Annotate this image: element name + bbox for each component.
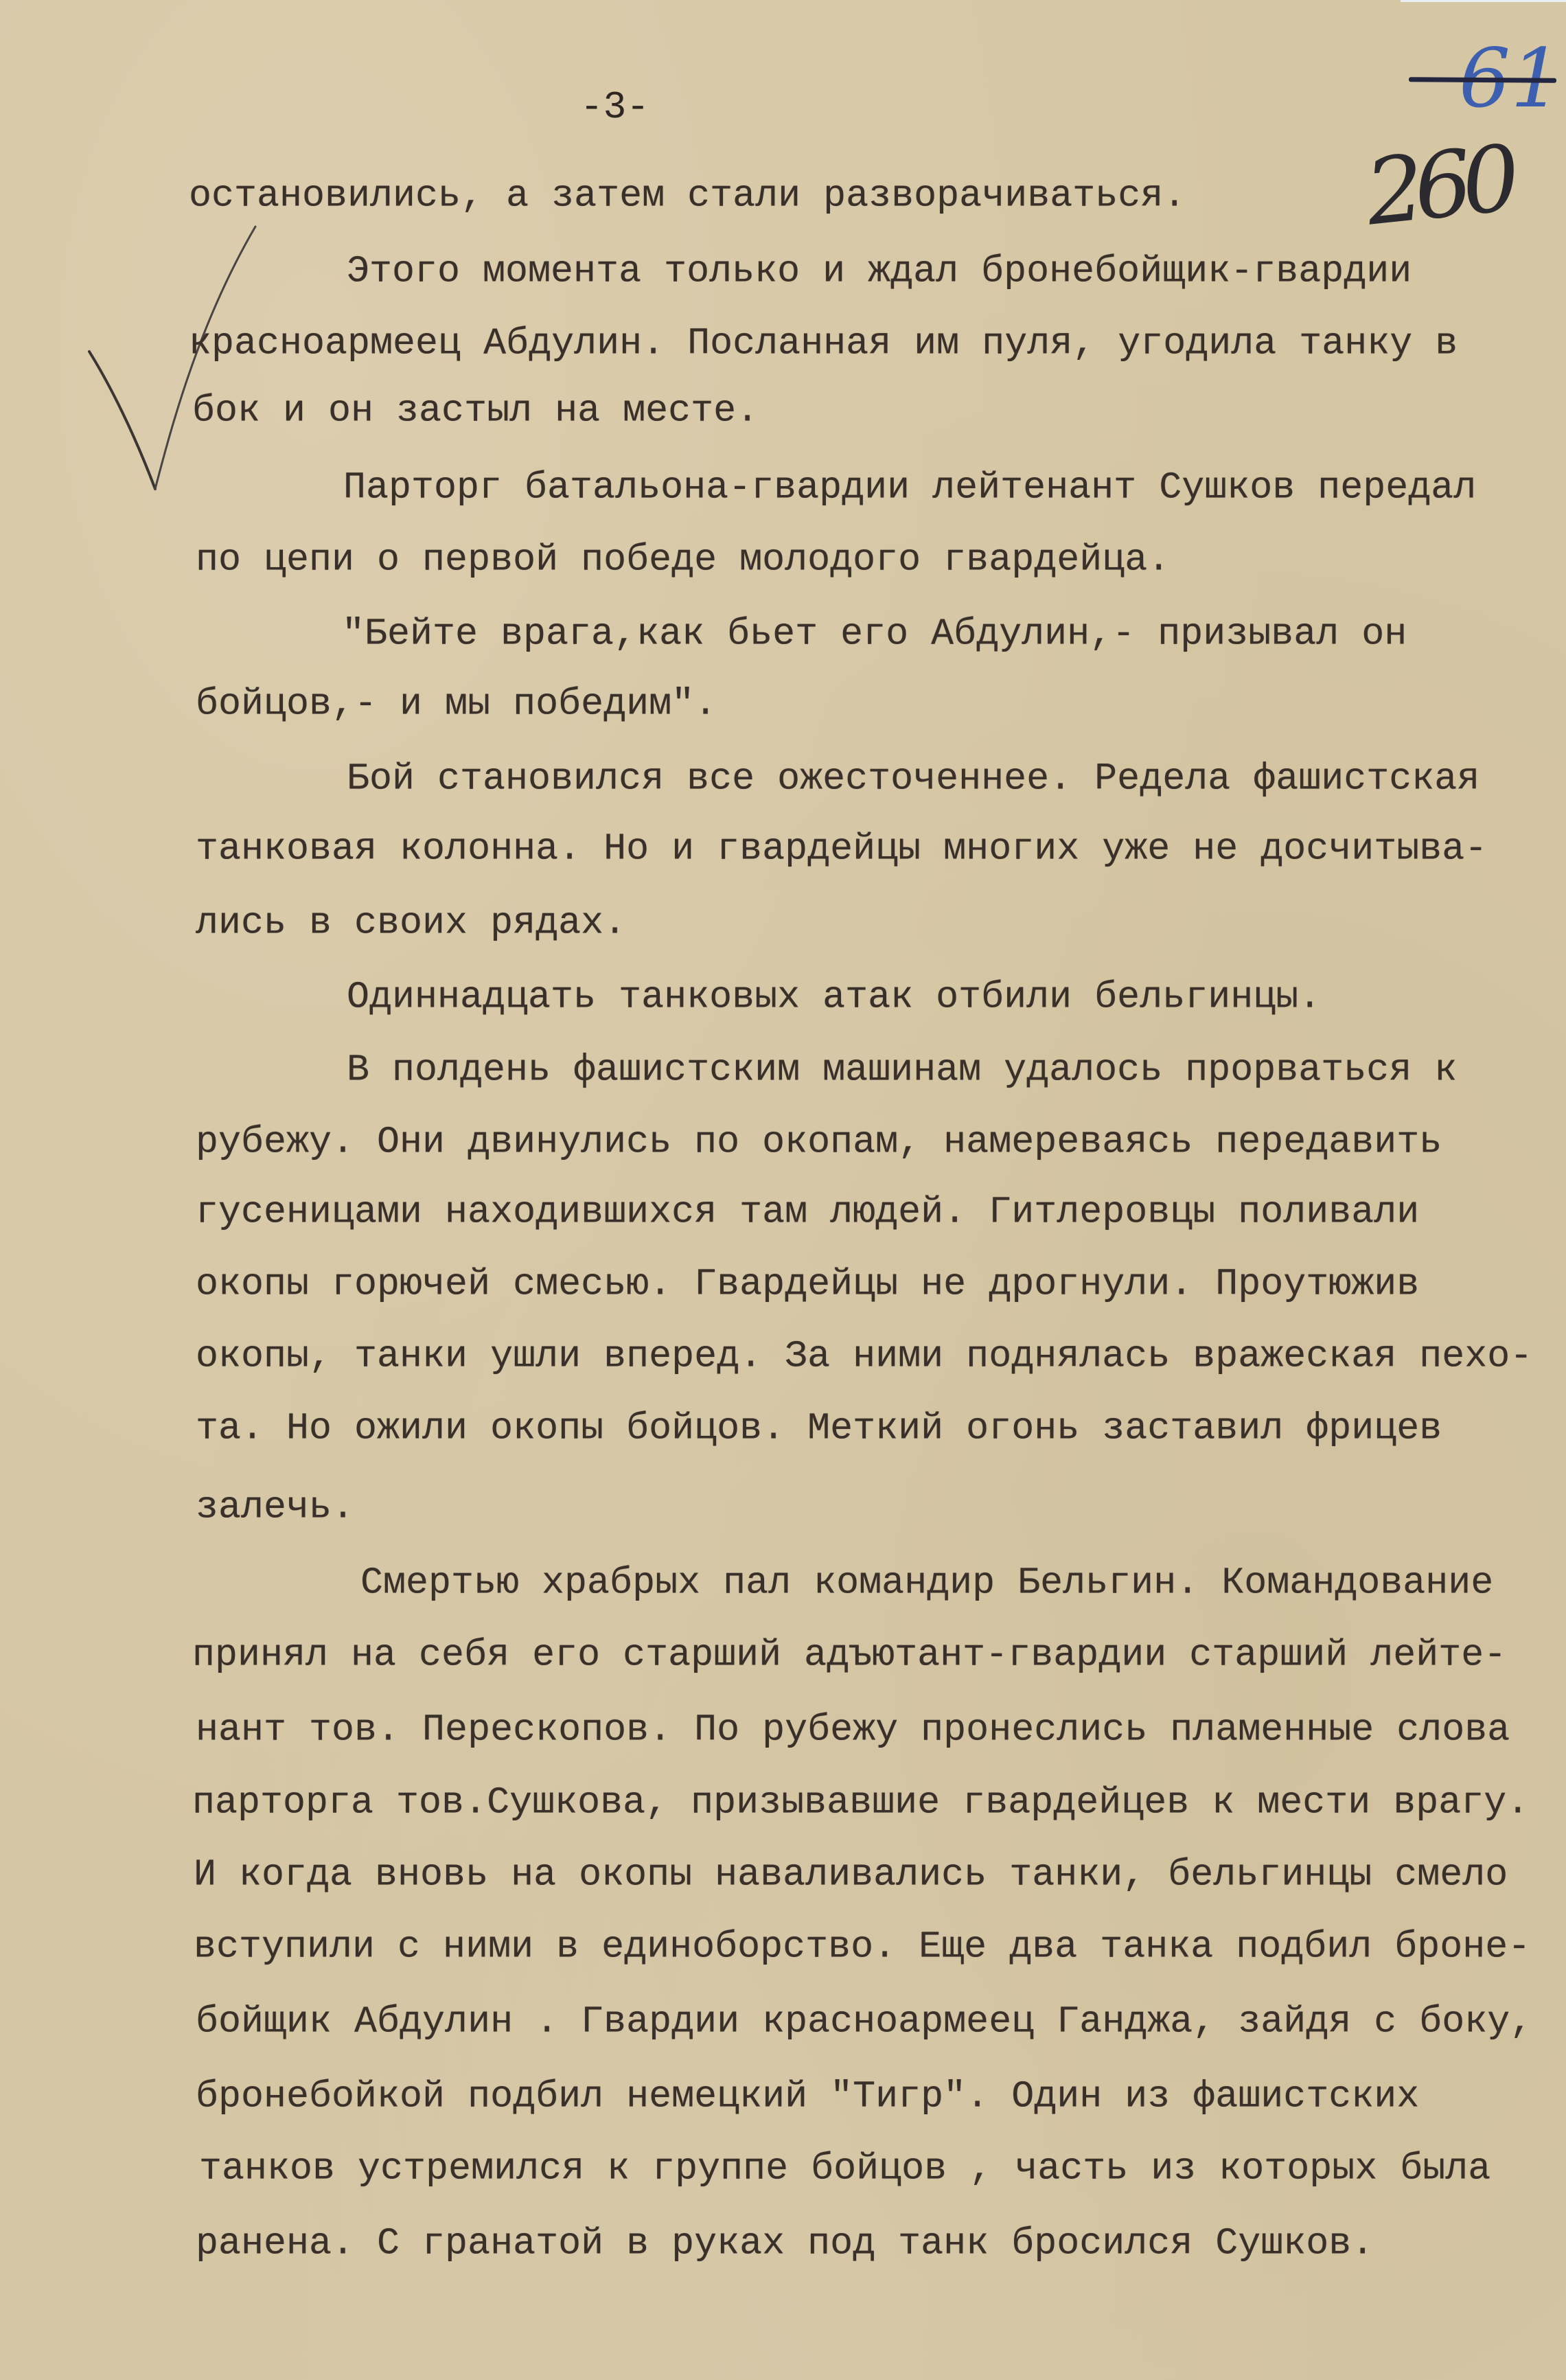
page-number: -3-: [580, 88, 649, 126]
text-line: гусеницами находившихся там людей. Гитле…: [196, 1193, 1419, 1231]
text-line: В полдень фашистским машинам удалось про…: [347, 1051, 1457, 1089]
text-line: вступили с ними в единоборство. Еще два …: [194, 1928, 1530, 1966]
text-line: танков устремился к группе бойцов , част…: [199, 2150, 1490, 2188]
text-line: бок и он застыл на месте.: [192, 392, 759, 430]
text-line: залечь.: [196, 1489, 354, 1526]
text-line: нант тов. Перескопов. По рубежу пронесли…: [196, 1711, 1510, 1749]
text-line: парторга тов.Сушкова, призывавшие гварде…: [192, 1784, 1529, 1822]
text-line: та. Но ожили окопы бойцов. Меткий огонь …: [196, 1410, 1442, 1448]
text-line: ранена. С гранатой в руках под танк брос…: [196, 2225, 1374, 2263]
text-line: окопы, танки ушли вперед. За ними поднял…: [196, 1338, 1532, 1375]
checkmark-icon: [0, 0, 288, 522]
text-line: Смертью храбрых пал командир Бельгин. Ко…: [360, 1564, 1493, 1602]
text-line: бронебойкой подбил немецкий "Тигр". Один…: [196, 2078, 1419, 2116]
text-line: Парторг батальона-гвардии лейтенант Сушк…: [343, 469, 1476, 507]
text-line: Этого момента только и ждал бронебойщик-…: [347, 253, 1412, 290]
text-line: танковая колонна. Но и гвардейцы многих …: [196, 830, 1487, 868]
text-line: бойщик Абдулин . Гвардии красноармеец Га…: [196, 2003, 1532, 2041]
text-line: по цепи о первой победе молодого гвардей…: [196, 541, 1170, 579]
text-line: "Бейте врага,как бьет его Абдулин,- приз…: [342, 615, 1407, 653]
text-line: рубежу. Они двинулись по окопам, намерев…: [196, 1123, 1442, 1161]
text-line: красноармеец Абдулин. Посланная им пуля,…: [189, 325, 1458, 363]
scan-edge: [1401, 0, 1566, 2]
text-line: И когда вновь на окопы наваливались танк…: [194, 1856, 1508, 1894]
text-line: Одиннадцать танковых атак отбили бельгин…: [347, 979, 1321, 1016]
text-line: остановились, а затем стали разворачиват…: [189, 177, 1186, 215]
strike-through-line: [1409, 77, 1556, 83]
text-line: принял на себя его старший адъютант-гвар…: [192, 1636, 1506, 1674]
new-sheet-number: 260: [1362, 133, 1515, 238]
text-line: лись в своих рядах.: [196, 904, 626, 942]
text-line: окопы горючей смесью. Гвардейцы не дрогн…: [196, 1266, 1419, 1303]
text-line: Бой становился все ожесточеннее. Редела …: [347, 760, 1479, 798]
text-line: бойцов,- и мы победим".: [196, 685, 717, 723]
